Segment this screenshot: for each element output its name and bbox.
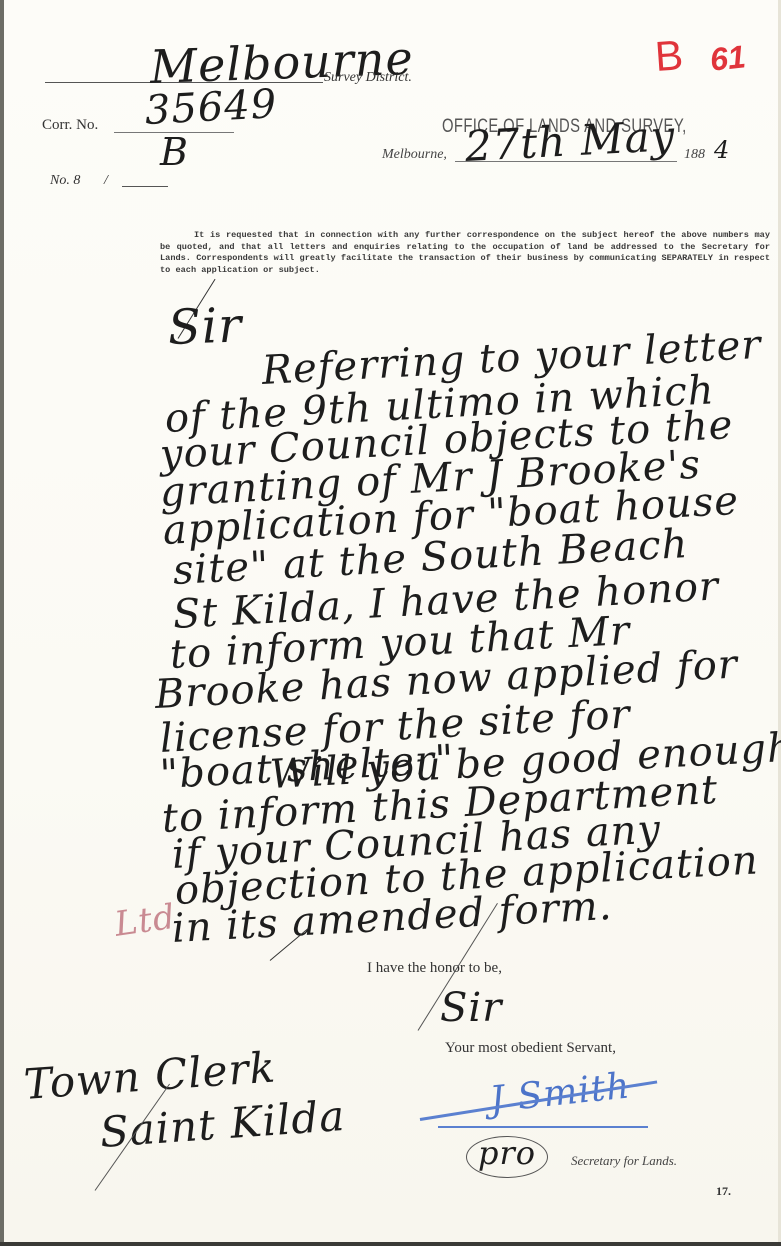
no-separator: / — [104, 173, 108, 189]
closing-title: Secretary for Lands. — [571, 1153, 677, 1169]
archive-ref-number: 61 — [708, 38, 747, 79]
closing-line-2: Your most obedient Servant, — [445, 1040, 616, 1057]
signature: J Smith — [488, 1065, 632, 1120]
no-label: No. 8 — [50, 173, 80, 189]
page-edge-left — [0, 0, 4, 1246]
letter-salutation: Sir — [167, 297, 243, 356]
no-rule — [122, 186, 168, 187]
signature-underline — [438, 1126, 648, 1128]
form-number: 17. — [716, 1184, 731, 1199]
corr-number: 35649 — [144, 81, 278, 134]
archive-ref-letter: B — [653, 31, 684, 81]
place-label: Melbourne, — [382, 147, 447, 163]
page-edge-bottom — [0, 1242, 781, 1246]
year-prefix: 188 — [684, 147, 705, 163]
closing-salutation: Sir — [440, 985, 502, 1031]
survey-district-label: Survey District. — [324, 70, 412, 86]
closing-line-1: I have the honor to be, — [367, 960, 502, 977]
correspondence-notice: It is requested that in connection with … — [160, 230, 770, 276]
document-page: Melbourne Survey District. B 61 Corr. No… — [0, 0, 781, 1246]
corr-label: Corr. No. — [42, 117, 98, 134]
marginal-initials: Ltd — [112, 897, 178, 945]
year-suffix: 4 — [714, 136, 730, 164]
per-initials: pro — [478, 1134, 536, 1172]
corr-suffix: B — [160, 130, 189, 174]
notice-text: It is requested that in connection with … — [160, 230, 770, 276]
